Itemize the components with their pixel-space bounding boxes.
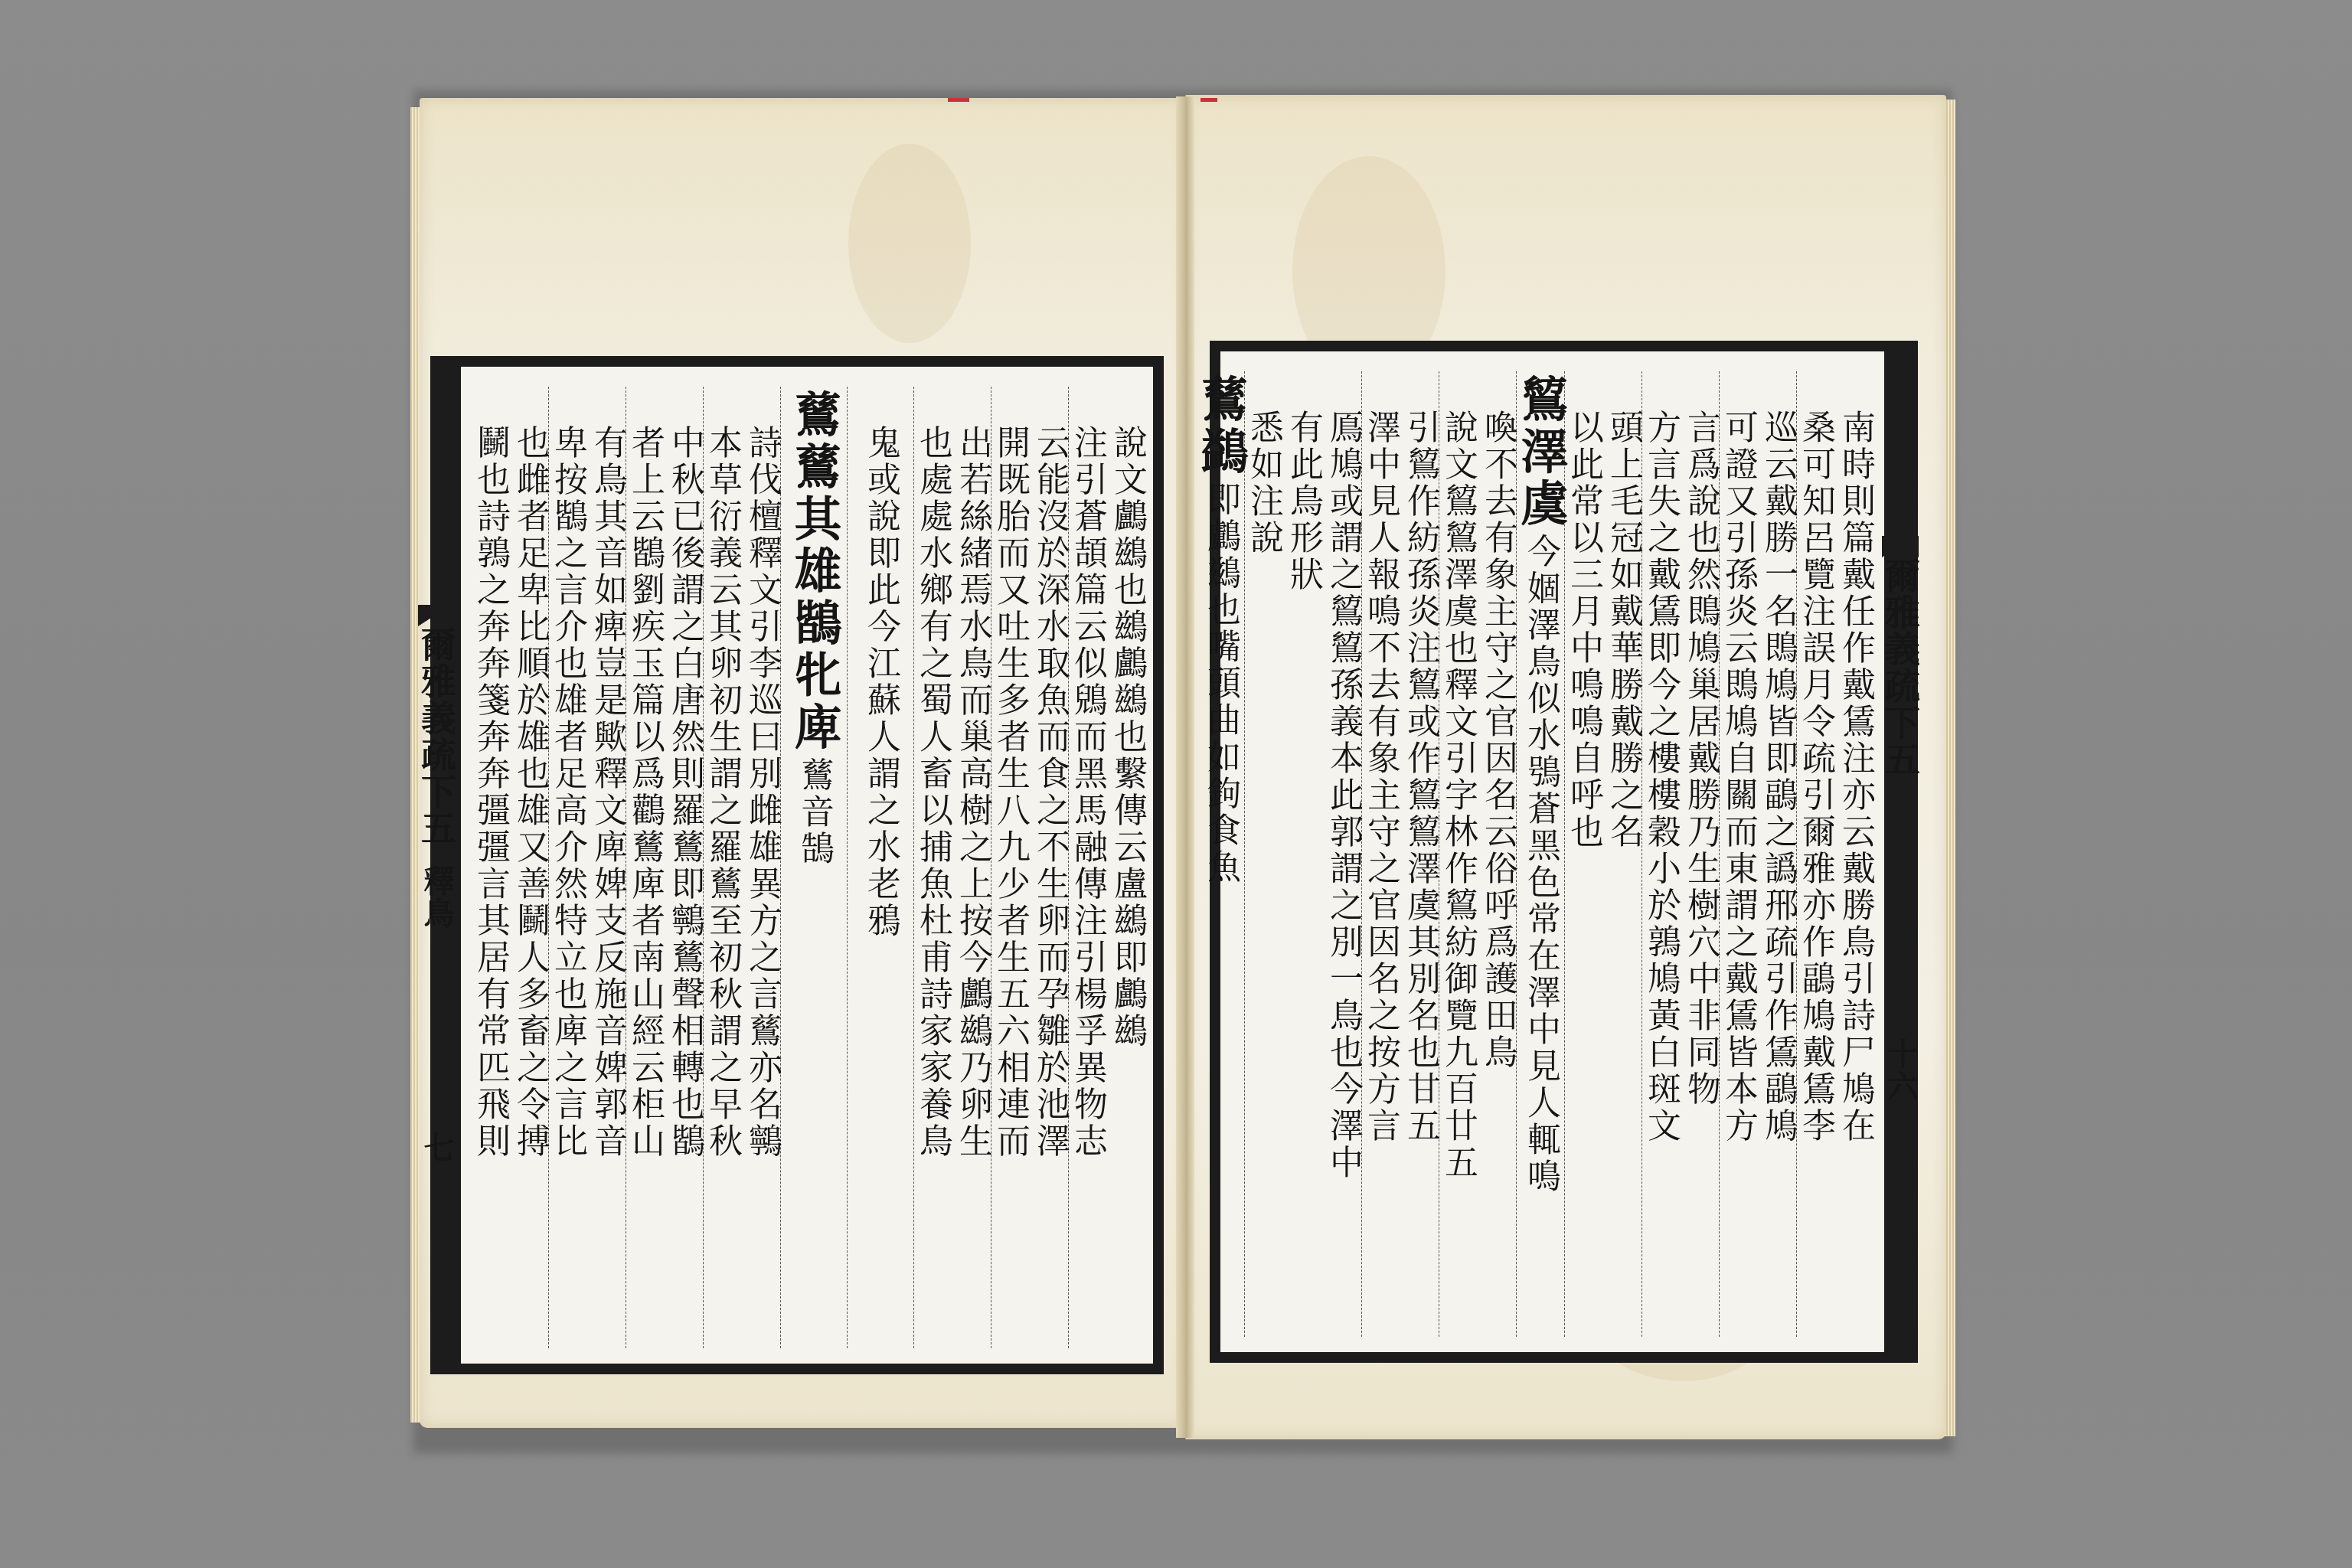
text-line: 可證又引孫炎云鵖鳩自關而東謂之戴鵀皆本方 <box>1721 410 1755 1337</box>
right-comment-block-1: 喚不去有象主守之官因名云俗呼爲護田鳥 說文鶭鶭澤虞也釋文引字林作鶭紡御覽九百廿五 <box>1439 371 1516 1337</box>
centerfold-leaf-number: 十六 <box>1885 1038 1916 1102</box>
centerfold-section: 釋鳥 <box>421 865 452 929</box>
text-line: 也雌者足卑比順於雄也雄又善鬭人多畜之令搏 <box>513 425 547 1348</box>
left-note-block-1: 說文鸕鷀也鷀鸕鷀也繫傳云盧鷀即鸕鷀 注引蒼頡篇云似鶂而黑馬融傳注引楊孚異物志 <box>1068 387 1145 1348</box>
left-columns: 說文鸕鷀也鷀鸕鷀也繫傳云盧鷀即鸕鷀 注引蒼頡篇云似鶂而黑馬融傳注引楊孚異物志 云… <box>472 387 1145 1348</box>
headword-note: 鶿音鵠 <box>797 757 831 867</box>
text-line: 詩伐檀釋文引李巡曰別雌雄異方之言鶿亦名鸋 <box>745 425 779 1348</box>
text-line: 引鶭作紡孫炎注鶭或作鶭鶭澤虞其別名也甘五 <box>1403 410 1437 1337</box>
left-comment-block-1: 詩伐檀釋文引李巡曰別雌雄異方之言鶿亦名鸋 本草衍義云其卵初生謂之羅鶿至初秋謂之早… <box>703 387 780 1348</box>
red-edge-mark <box>1200 98 1217 102</box>
right-headword-column-1: 鶭澤虞 今婟澤鳥似水鴞蒼黑色常在澤中見人輒鳴 <box>1516 371 1564 1337</box>
left-comment-block-2: 中秋已後謂之白唐然則羅鶿即鸋鶿聲相轉也鶛 者上云鶛劉疾玉篇以爲鸛鶿庳者南山經云柜… <box>626 387 703 1348</box>
text-line: 中秋已後謂之白唐然則羅鶿即鸋鶿聲相轉也鶛 <box>668 425 701 1348</box>
centerfold-title: 爾雅義疏下五 <box>1883 557 1918 778</box>
text-line: 云能沒於深水取魚而食之不生卵而孕雛於池澤 <box>1033 425 1067 1348</box>
text-line: 悉如注說 <box>1246 410 1280 1337</box>
left-comment-block-4: 也雌者足卑比順於雄也雄又善鬭人多畜之令搏 鬭也詩鶉之奔奔箋奔奔彊彊言其居有常匹飛… <box>472 387 548 1348</box>
right-comment-block-3: 鳫鳩或謂之鶭鶭孫義本此郭謂之別一鳥也今澤中 有此鳥形狀 悉如注說 <box>1244 371 1361 1337</box>
text-line: 有此鳥形狀 <box>1286 410 1320 1337</box>
right-columns: 南時則篇戴任作戴鵀注亦云戴勝鳥引詩尸鳩在 桑可知呂覽注誤月令疏引爾雅亦作鶝鳩戴鵀… <box>1230 371 1873 1337</box>
text-line: 澤中見人報鳴不去有象主守之官因名之按方言 <box>1364 410 1397 1337</box>
text-line: 者上云鶛劉疾玉篇以爲鸛鶿庳者南山經云柜山 <box>628 425 661 1348</box>
fishtail-mark-icon <box>418 605 455 626</box>
right-centerfold: 爾雅義疏下五 十六 <box>1885 536 1916 1102</box>
right-headword-column-2: 鶿鷁 即鸕鷀也嘴頭曲如鉤食魚 <box>1197 371 1244 1337</box>
text-line: 喚不去有象主守之官因名云俗呼爲護田鳥 <box>1481 410 1514 1337</box>
centerfold-leaf-number: 七 <box>421 1132 452 1164</box>
right-page-edges <box>1945 100 1955 1436</box>
right-note-block-4: 頭上毛冠如戴華勝戴勝之名 以此常以三月中鳴鳴自呼也 <box>1564 371 1641 1337</box>
text-line: 南時則篇戴任作戴鵀注亦云戴勝鳥引詩尸鳩在 <box>1838 410 1872 1337</box>
centerfold-title: 爾雅義疏下五 <box>419 626 454 847</box>
text-line: 鬭也詩鶉之奔奔箋奔奔彊彊言其居有常匹飛則 <box>473 425 507 1348</box>
left-text-frame: 說文鸕鷀也鷀鸕鷀也繫傳云盧鷀即鸕鷀 注引蒼頡篇云似鶂而黑馬融傳注引楊孚異物志 云… <box>430 356 1164 1374</box>
text-line: 言爲說也然鵖鳩巢居戴勝乃生樹穴中非同物 <box>1684 410 1717 1337</box>
text-line: 桑可知呂覽注誤月令疏引爾雅亦作鶝鳩戴鵀李 <box>1798 410 1832 1337</box>
text-line: 卑按鶛之言介也雄者足高介然特立也庳之言比 <box>550 425 584 1348</box>
text-line: 出若絲緒焉水鳥而巢高樹之上按今鸕鷀乃卵生 <box>955 425 989 1348</box>
text-line: 巡云戴勝一名鵖鳩皆即鶝之譌郉疏引作鵀鶝鳩 <box>1761 410 1795 1337</box>
text-line: 說文鶭鶭澤虞也釋文引字林作鶭紡御覽九百廿五 <box>1441 410 1475 1337</box>
headword: 鶭澤虞 <box>1517 374 1564 531</box>
text-line: 以此常以三月中鳴鳴自呼也 <box>1566 410 1600 1337</box>
text-line: 注引蒼頡篇云似鶂而黑馬融傳注引楊孚異物志 <box>1070 425 1104 1348</box>
left-centerfold: 爾雅義疏下五 釋鳥 七 <box>421 605 452 1164</box>
text-line: 有鳥其音如痺豈是歟釋文庳婢支反施音婢郭音 <box>590 425 624 1348</box>
text-line: 說文鸕鷀也鷀鸕鷀也繫傳云盧鷀即鸕鷀 <box>1110 425 1144 1348</box>
headword: 鶿鶿其雄鶛牝庳 <box>790 390 838 754</box>
right-note-block-1: 南時則篇戴任作戴鵀注亦云戴勝鳥引詩尸鳩在 桑可知呂覽注誤月令疏引爾雅亦作鶝鳩戴鵀… <box>1796 371 1873 1337</box>
book-gutter <box>1176 96 1194 1438</box>
right-note-block-2: 巡云戴勝一名鵖鳩皆即鶝之譌郉疏引作鵀鶝鳩 可證又引孫炎云鵖鳩自關而東謂之戴鵀皆本… <box>1719 371 1796 1337</box>
left-note-block-2: 云能沒於深水取魚而食之不生卵而孕雛於池澤 開既胎而又吐生多者生八九少者生五六相連… <box>991 387 1068 1348</box>
text-line: 頭上毛冠如戴華勝戴勝之名 <box>1606 410 1640 1337</box>
left-comment-block-3: 有鳥其音如痺豈是歟釋文庳婢支反施音婢郭音 卑按鶛之言介也雄者足高介然特立也庳之言… <box>548 387 626 1348</box>
text-line: 本草衍義云其卵初生謂之羅鶿至初秋謂之早秋 <box>705 425 739 1348</box>
headword-note: 今婟澤鳥似水鴞蒼黑色常在澤中見人輒鳴 <box>1524 534 1557 1195</box>
right-note-block-3: 言爲說也然鵖鳩巢居戴勝乃生樹穴中非同物 方言失之戴鵀即今之樓樓穀小於鶉鳩黃白斑文 <box>1641 371 1719 1337</box>
left-note-block-4: 鬼或說即此今江蘇人謂之水老鴉 <box>847 387 913 1348</box>
text-line: 鳫鳩或謂之鶭鶭孫義本此郭謂之別一鳥也今澤中 <box>1326 410 1360 1337</box>
fishtail-mark-icon <box>1882 536 1919 557</box>
headword-note: 即鸕鷀也嘴頭曲如鉤食魚 <box>1204 482 1237 886</box>
left-headword-column: 鶿鶿其雄鶛牝庳 鶿音鵠 <box>780 387 847 1348</box>
right-comment-block-2: 引鶭作紡孫炎注鶭或作鶭鶭澤虞其別名也甘五 澤中見人報鳴不去有象主守之官因名之按方… <box>1361 371 1439 1337</box>
left-note-block-3: 出若絲緒焉水鳥而巢高樹之上按今鸕鷀乃卵生 也處處水鄉有之蜀人畜以捕魚杜甫詩家家養… <box>913 387 991 1348</box>
text-line: 方言失之戴鵀即今之樓樓穀小於鶉鳩黃白斑文 <box>1644 410 1677 1337</box>
paper-stain <box>848 144 971 343</box>
text-line: 開既胎而又吐生多者生八九少者生五六相連而 <box>993 425 1027 1348</box>
right-text-frame: 南時則篇戴任作戴鵀注亦云戴勝鳥引詩尸鳩在 桑可知呂覽注誤月令疏引爾雅亦作鶝鳩戴鵀… <box>1210 341 1918 1363</box>
text-line: 鬼或說即此今江蘇人謂之水老鴉 <box>864 425 897 1348</box>
headword: 鶿鷁 <box>1197 374 1244 479</box>
red-edge-mark <box>948 98 969 102</box>
text-line: 也處處水鄉有之蜀人畜以捕魚杜甫詩家家養鳥 <box>916 425 949 1348</box>
